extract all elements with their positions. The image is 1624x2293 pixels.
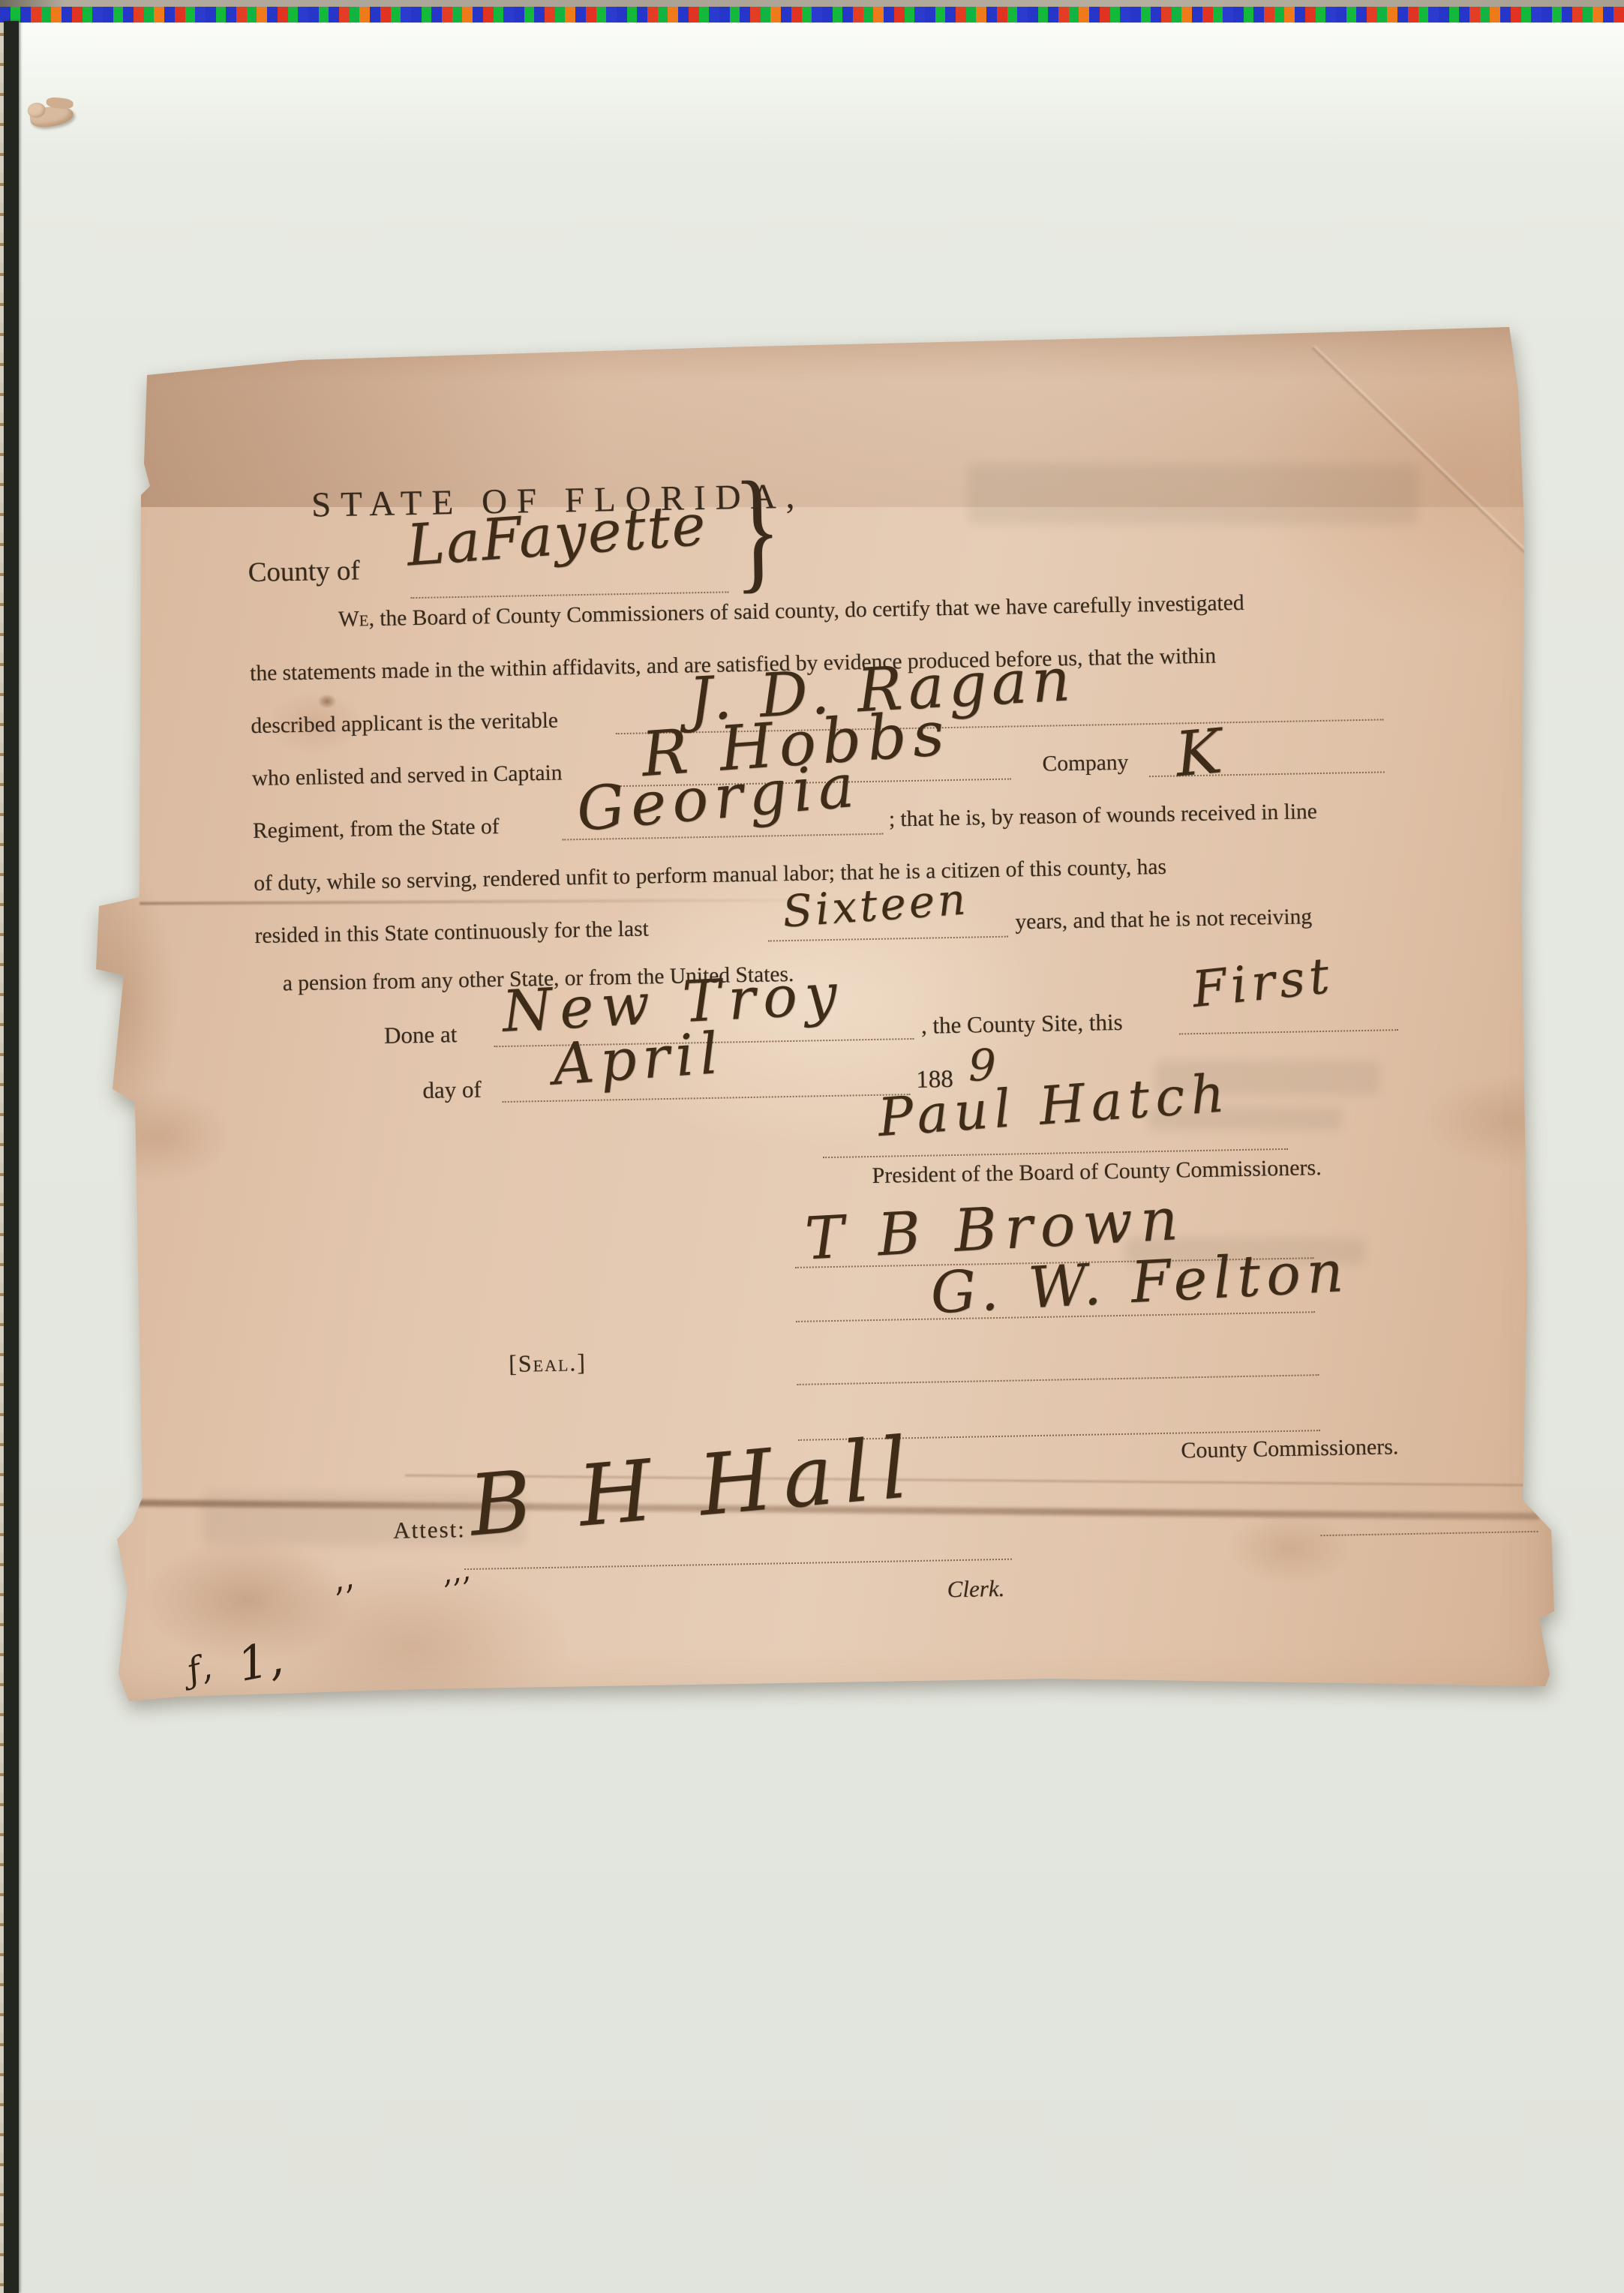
ink-marks: ’’ ’’’ 1, ƒ, (0, 0, 1609, 5)
ink-mark: ’’’ (441, 1571, 475, 1610)
company-label: Company (1042, 751, 1128, 777)
month-handwritten: April (551, 1019, 726, 1098)
county-site-label: , the County Site, this (921, 1009, 1123, 1040)
day-word-handwritten: First (1189, 947, 1336, 1019)
ink-mark: 1, (233, 1630, 287, 1692)
body-line-7-label: resided in this State continuously for t… (254, 917, 649, 949)
fill-line (1179, 1029, 1398, 1034)
clerk-signature: B H Hall (466, 1418, 922, 1555)
ink-mark: ƒ, (182, 1646, 216, 1691)
body-line-4-label: who enlisted and served in Captain (251, 761, 562, 791)
fill-line (768, 936, 1008, 942)
signature-line (797, 1374, 1319, 1385)
body-line-6: of duty, while so serving, rendered unfi… (254, 855, 1166, 896)
done-at-label: Done at (384, 1021, 458, 1049)
body-line-7-rest: years, and that he is not receiving (1015, 905, 1312, 935)
ink-mark: ’’ (332, 1577, 361, 1619)
header-brace: } (732, 451, 782, 608)
seal-label: [Seal.] (509, 1349, 587, 1378)
day-of-label: day of (422, 1076, 482, 1104)
president-title: President of the Board of County Commiss… (872, 1155, 1322, 1189)
fill-line (410, 591, 728, 599)
body-line-3-label: described applicant is the veritable (251, 709, 558, 739)
commissioners-label: County Commissioners. (1181, 1434, 1399, 1463)
signature-line (464, 1559, 1012, 1570)
body-line-5-label: Regiment, from the State of (253, 815, 500, 844)
company-letter-handwritten: K (1172, 716, 1224, 791)
body-we: We, (338, 607, 375, 632)
attest-label: Attest: (393, 1516, 466, 1544)
body-line-5-rest: ; that he is, by reason of wounds receiv… (889, 800, 1318, 832)
clerk-label: Clerk. (947, 1575, 1004, 1603)
scan-background: STATE OF FLORIDA, } County of LaFayette … (0, 0, 1624, 2293)
state-name-handwritten: Georgia (574, 750, 863, 845)
document-content: STATE OF FLORIDA, } County of LaFayette … (0, 0, 1624, 2293)
signature-line (1320, 1531, 1538, 1536)
county-label: County of (248, 554, 360, 589)
